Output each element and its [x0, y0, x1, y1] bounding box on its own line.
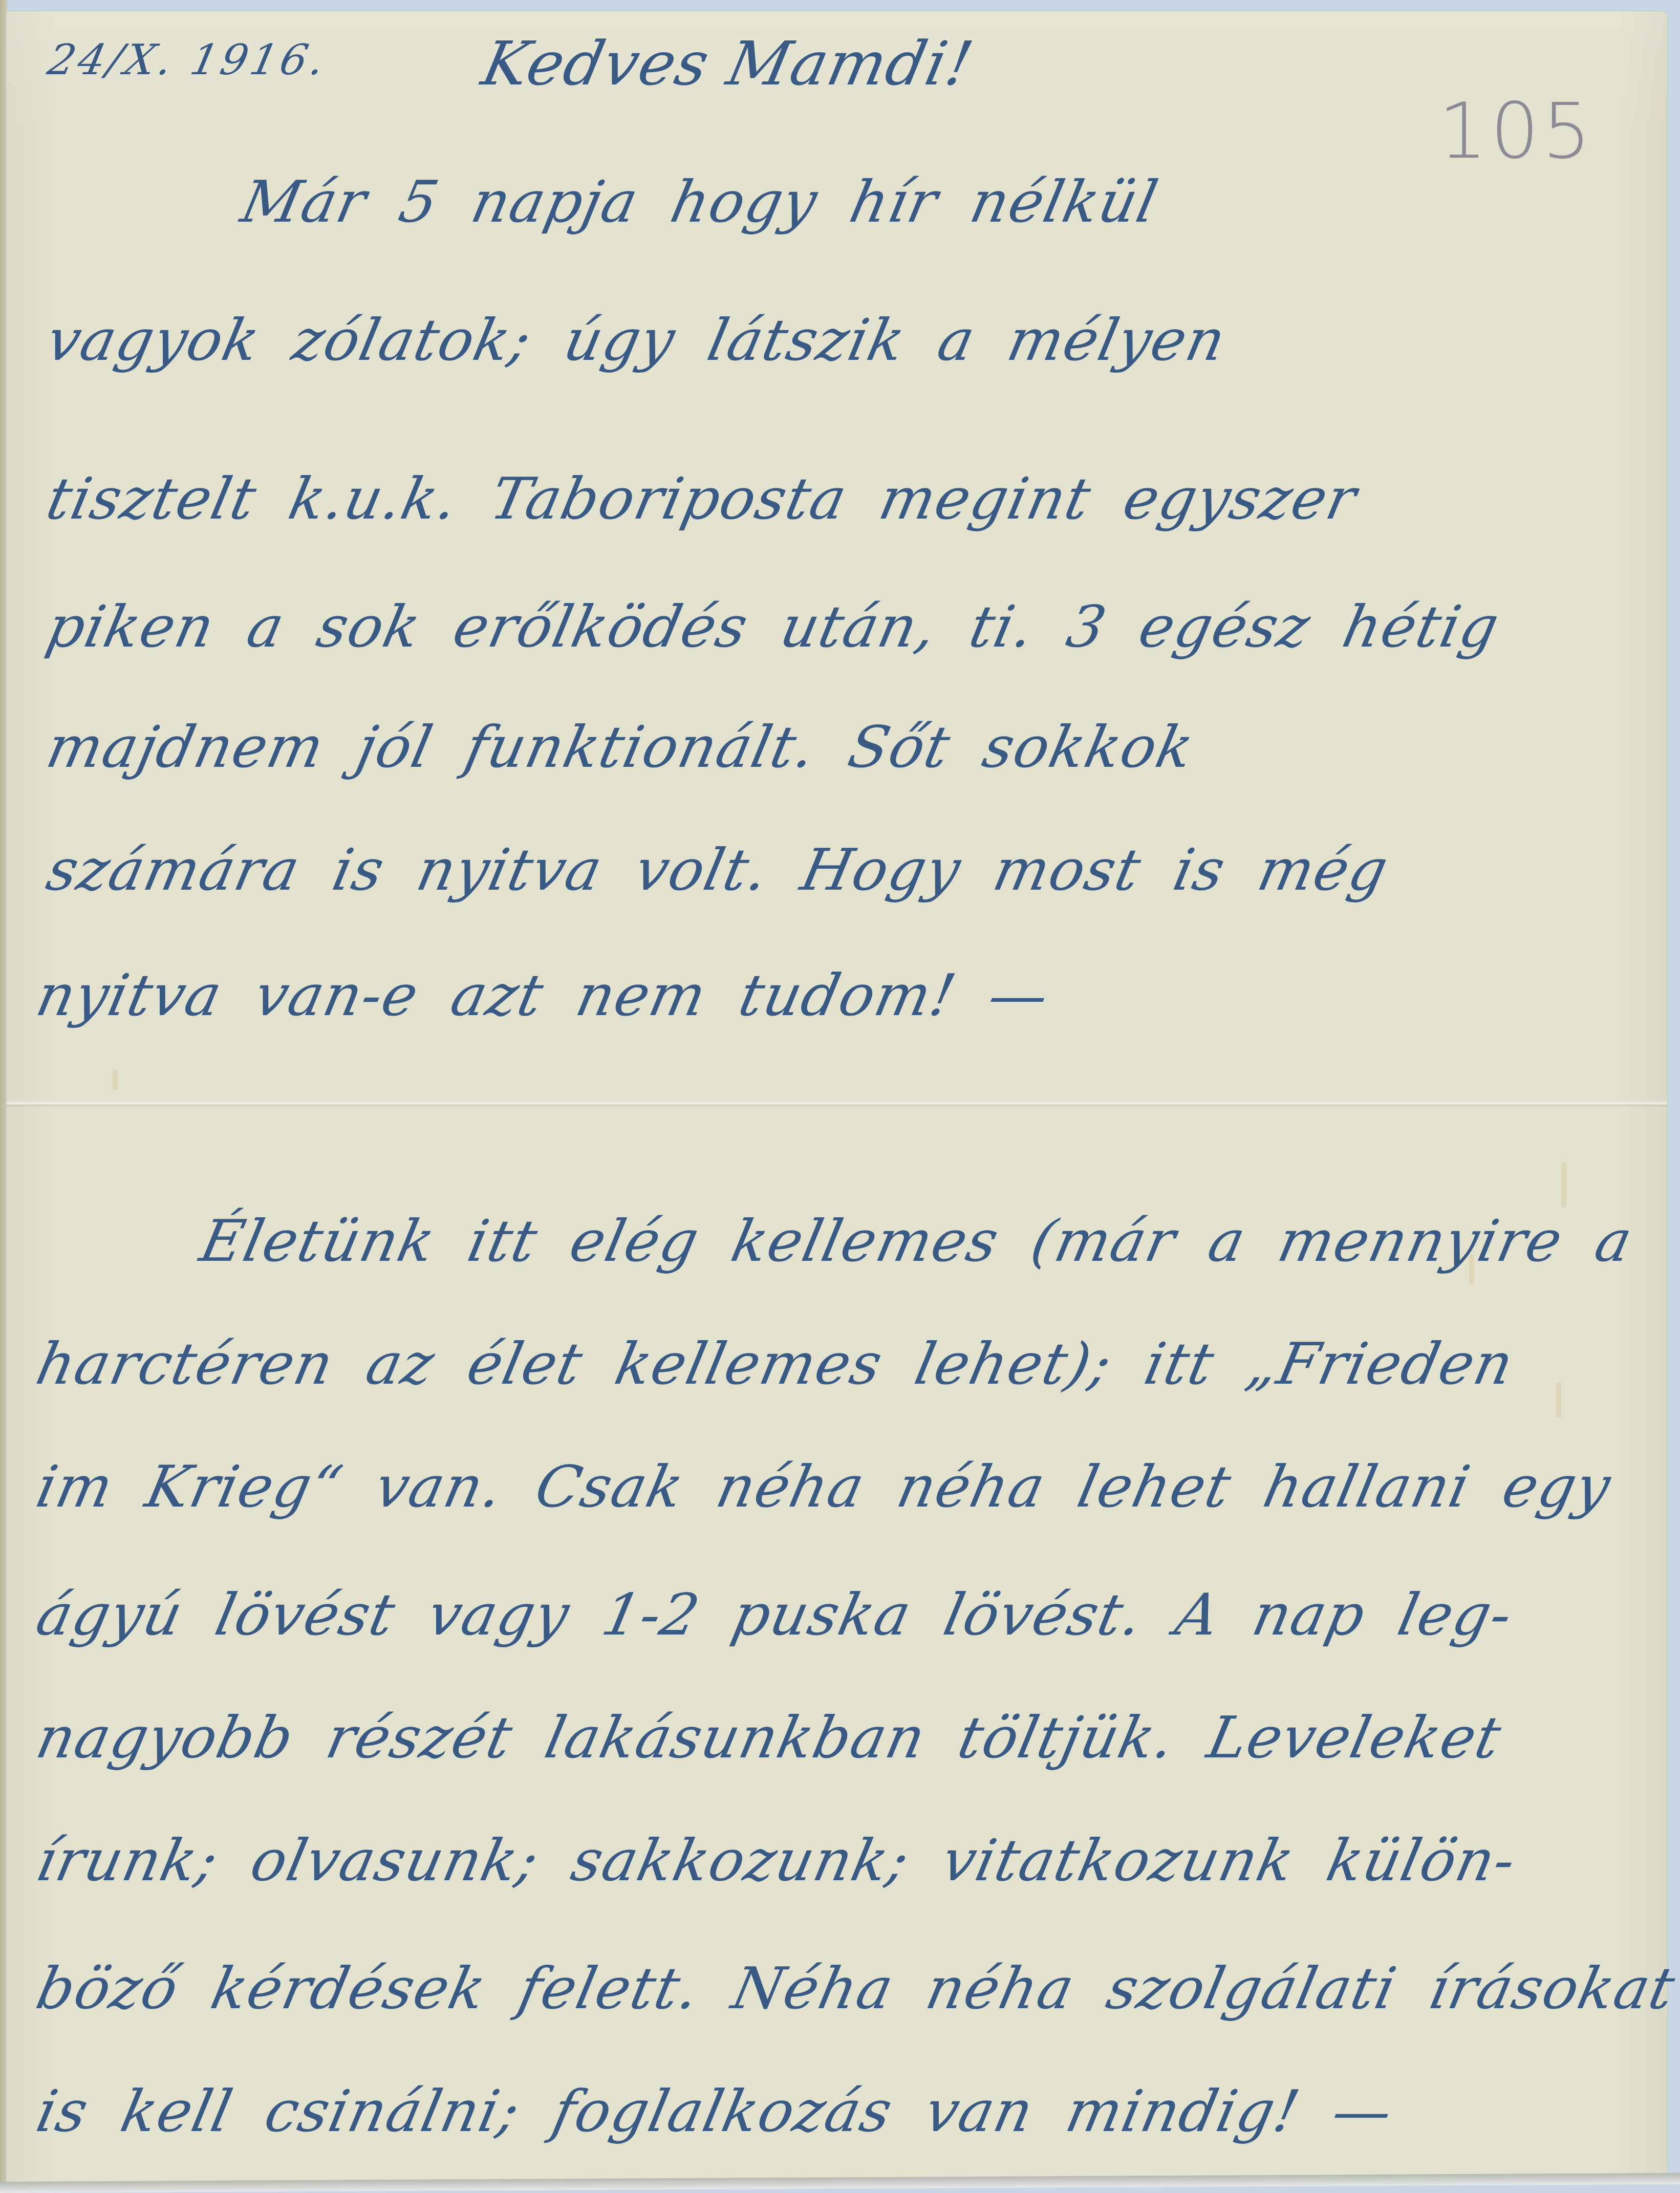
text-line: Már 5 napja hogy hír nélkül — [235, 169, 1164, 235]
text-line: nyitva van-e azt nem tudom! — — [31, 962, 1055, 1029]
letter-greeting: Kedves Mamdi! — [476, 28, 980, 99]
text-line: majdnem jól funktionált. Sőt sokkok — [41, 714, 1200, 781]
text-line: harctéren az élet kellemes lehet); itt „… — [31, 1331, 1520, 1397]
text-line: Életünk itt elég kellemes (már a mennyir… — [195, 1208, 1639, 1275]
text-line: nagyobb részét lakásunkban töltjük. Leve… — [31, 1705, 1507, 1771]
text-line: ágyú lövést vagy 1-2 puska lövést. A nap… — [31, 1582, 1519, 1648]
text-line: írunk; olvasunk; sakkozunk; vitatkozunk … — [31, 1827, 1522, 1894]
text-line: számára is nyitva volt. Hogy most is még — [41, 837, 1394, 904]
paper-stain — [113, 1070, 118, 1090]
text-line: tisztelt k.u.k. Taboriposta megint egysz… — [41, 466, 1363, 532]
text-line: böző kérdések felett. Néha néha szolgála… — [31, 1955, 1680, 2022]
text-line: vagyok zólatok; úgy látszik a mélyen — [41, 307, 1232, 374]
paper-stain — [1561, 1162, 1566, 1208]
letter-date: 24/X. 1916. — [44, 36, 332, 84]
archive-page-number: 105 — [1438, 87, 1594, 176]
text-line: is kell csinálni; foglalkozás van mindig… — [31, 2078, 1399, 2145]
paper-fold-line — [6, 1101, 1667, 1108]
paper-stain — [1556, 1382, 1561, 1418]
text-line: im Krieg“ van. Csak néha néha lehet hall… — [31, 1454, 1617, 1520]
text-line: piken a sok erőlködés után, ti. 3 egész … — [41, 594, 1505, 660]
